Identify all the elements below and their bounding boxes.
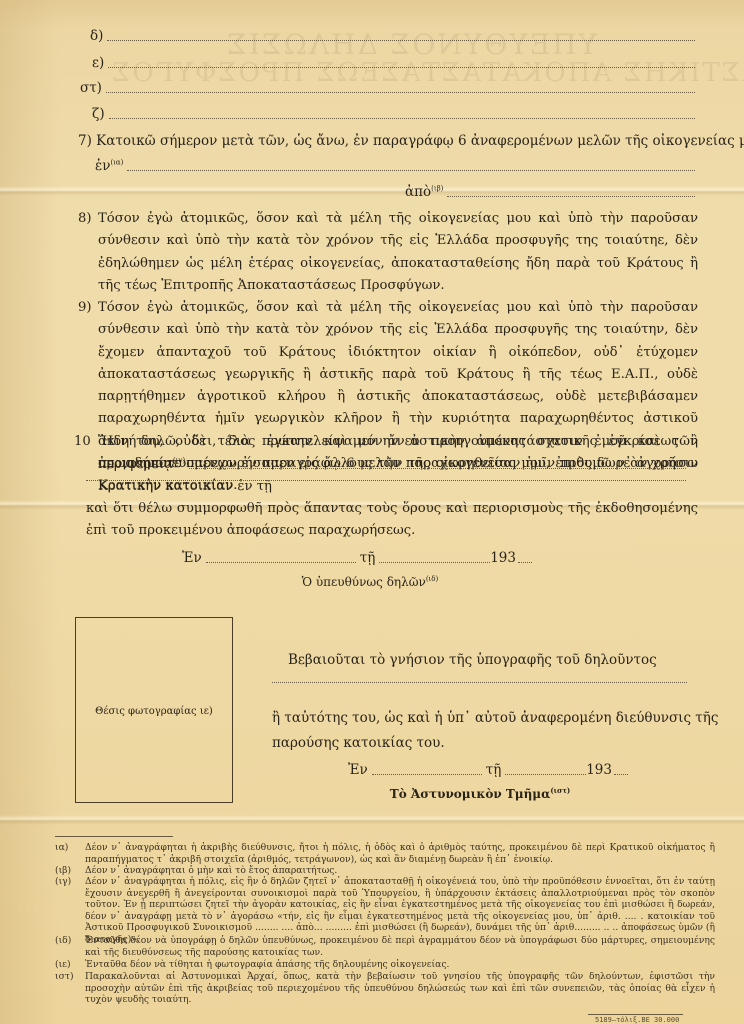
footnote-16: ιστ)Παρακαλοῦνται αἱ Ἀστυνομικαὶ Ἀρχαί, … [55, 971, 715, 1006]
address-fill-line[interactable] [127, 170, 695, 171]
form-item-delta: δ) [90, 28, 695, 44]
item7-apo-field: ἀπὸ(ιβ) [405, 184, 695, 200]
certification-date-line: Ἐν τῇ 193 [348, 762, 628, 778]
item8: 8) Τόσον ἐγὼ ἀτομικῶς, ὅσον καὶ τὰ μέλη … [98, 208, 698, 297]
region-label: περιφερείᾳ(ιγ) [98, 456, 185, 472]
item-label: στ) [80, 80, 102, 96]
item10-region-field: περιφερείᾳ(ιγ) [98, 456, 686, 472]
footnote-15: (ιε)Ἐνταῦθα δέον νὰ τίθηται ἡ φωτογραφία… [55, 959, 715, 971]
place-fill-line[interactable] [206, 562, 356, 563]
certification-line3: παρούσης κατοικίας του. [272, 735, 692, 751]
footnote-11: ια)Δέον ν᾽ ἀναγράφηται ἡ ἀκριβὴς διεύθυν… [55, 842, 715, 865]
place-fill-line[interactable] [372, 774, 482, 775]
date-fill-line[interactable] [505, 774, 586, 775]
en-label: ἐν(ια) [95, 158, 123, 174]
footnote-12: (ιβ)Δέον ν᾽ ἀναγράφηται ὁ μὴν καὶ τὸ ἔτο… [55, 865, 715, 877]
photo-placeholder[interactable]: Θέσις φωτογραφίας ιε) [75, 617, 233, 803]
item10-region-field-2 [86, 480, 686, 484]
certification-name-field [272, 682, 687, 686]
photo-label: Θέσις φωτογραφίας ιε) [76, 706, 232, 717]
date-fill-line[interactable] [379, 562, 490, 563]
footnote-14: (ιδ)Ἐνταῦθα δέον νὰ ὑπογράφῃ ὁ δηλῶν ὑπε… [55, 935, 715, 958]
form-item-epsilon: ε) [92, 55, 695, 71]
fill-line[interactable] [106, 92, 695, 93]
item7-text: 7) Κατοικῶ σήμερον μετὰ τῶν, ὡς ἄνω, ἐν … [78, 133, 698, 149]
form-item-zeta: ζ) [92, 106, 695, 122]
certification-line2: ἢ ταὐτότης του, ὡς καὶ ἡ ὑπ᾽ αὐτοῦ ἀναφε… [272, 710, 692, 726]
declarant-date-line: Ἐν τῇ 193 [182, 550, 532, 566]
printer-mark: 5189—τόλιξ.ΒΕ 30.000 [595, 1016, 679, 1024]
fill-line[interactable] [108, 67, 695, 68]
year-fill-line[interactable] [614, 774, 628, 775]
printer-rule [588, 1014, 683, 1015]
footnote-rule [55, 836, 173, 837]
item7-en-field: ἐν(ια) [95, 158, 695, 174]
paper-stain-left [0, 0, 60, 1024]
item-label: ε) [92, 55, 104, 71]
year-fill-line[interactable] [518, 562, 532, 563]
fill-line[interactable] [107, 40, 695, 41]
item-label: δ) [90, 28, 103, 44]
form-item-stigma: στ) [80, 80, 695, 96]
item-label: ζ) [92, 106, 105, 122]
police-department-label: Τὸ Ἀστυνομικὸν Τμῆμα(ιστ) [380, 786, 580, 801]
declarant-name-fill-line[interactable] [272, 682, 687, 683]
region-fill-line[interactable] [189, 468, 686, 469]
date-fill-line[interactable] [447, 196, 695, 197]
certification-line1: Βεβαιοῦται τὸ γνήσιον τῆς ὑπογραφῆς τοῦ … [288, 652, 688, 668]
paper-stain-top [0, 0, 744, 30]
apo-label: ἀπὸ(ιβ) [405, 184, 443, 200]
fold-crease [0, 815, 744, 825]
declarant-signature-label: Ὁ ὑπευθύνως δηλῶν(ιδ) [250, 575, 490, 589]
item10-closing: καὶ ὅτι θέλω συμμορφωθῆ πρὸς ἅπαντας τοὺ… [86, 498, 698, 543]
fill-line[interactable] [109, 118, 695, 119]
region-fill-line-2[interactable] [86, 480, 686, 481]
